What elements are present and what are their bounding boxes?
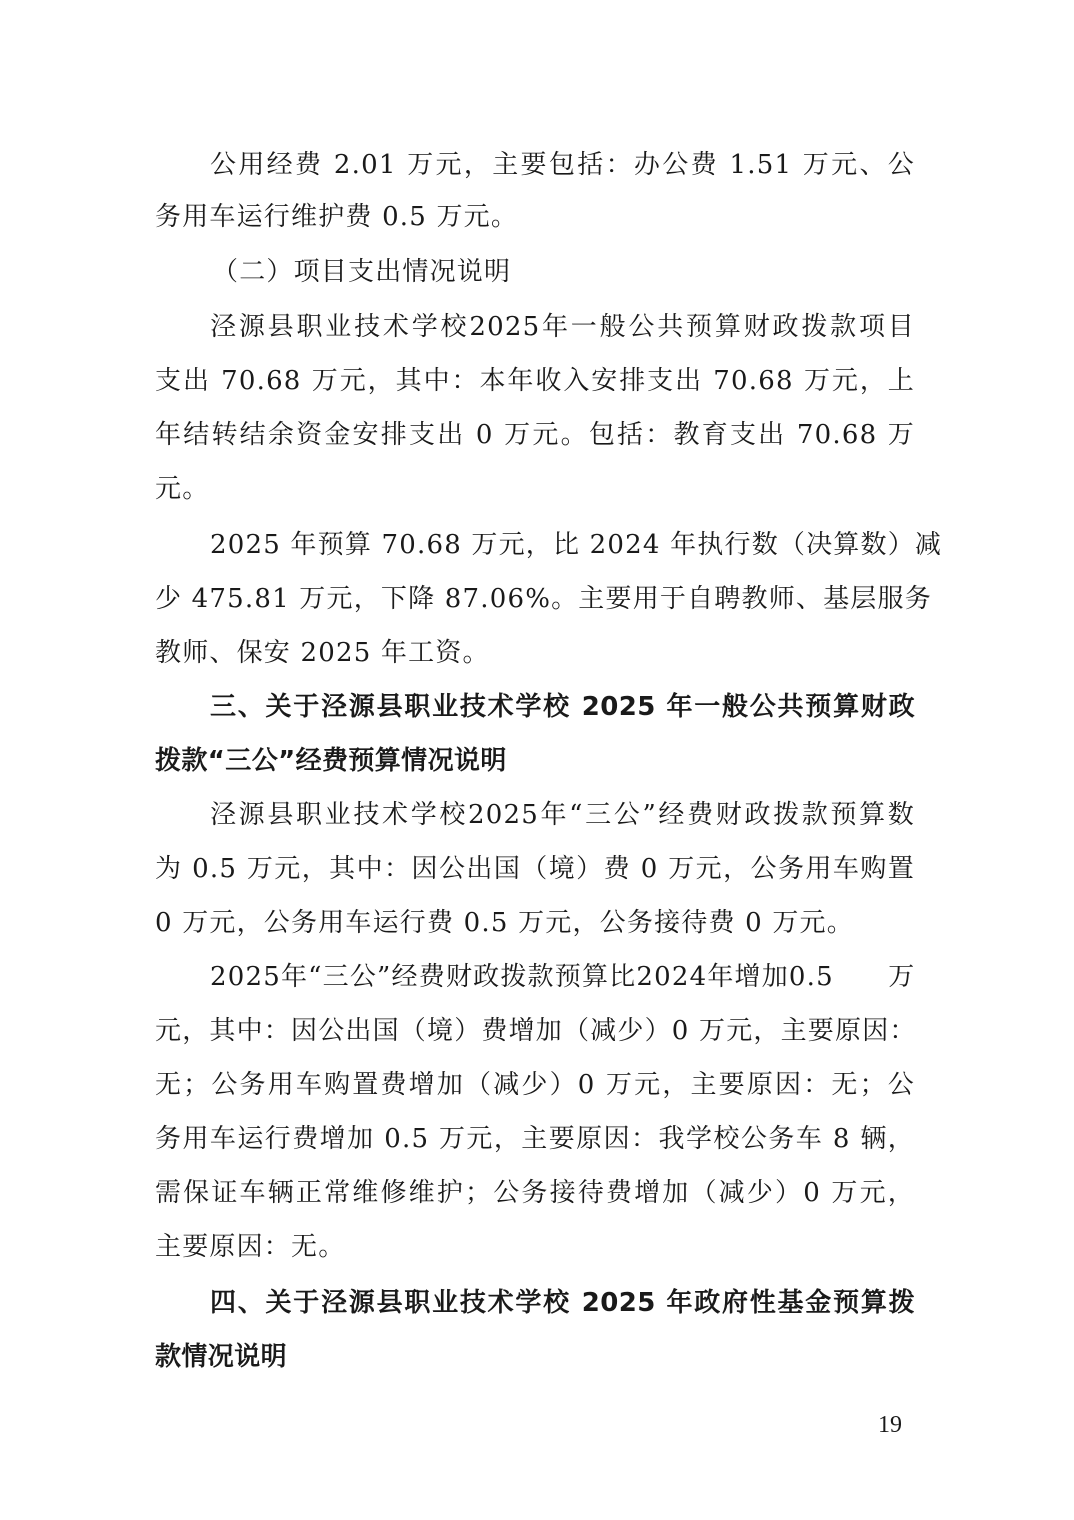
- paragraph-line: 支出 70.68 万元，其中：本年收入安排支出 70.68 万元，上: [155, 366, 915, 396]
- paragraph-line: 泾源县职业技术学校2025年“三公”经费财政拨款预算数: [210, 800, 915, 830]
- paragraph-line: 少 475.81 万元，下降 87.06%。主要用于自聘教师、基层服务: [155, 584, 915, 614]
- paragraph-line: 年结转结余资金安排支出 0 万元。包括：教育支出 70.68 万: [155, 420, 915, 450]
- paragraph-line: 无；公务用车购置费增加（减少）0 万元，主要原因：无；公: [155, 1070, 915, 1100]
- paragraph-line: 2025 年预算 70.68 万元，比 2024 年执行数（决算数）减: [210, 530, 915, 560]
- paragraph-line: 为 0.5 万元，其中：因公出国（境）费 0 万元，公务用车购置: [155, 854, 915, 884]
- subsection-title: （二）项目支出情况说明: [212, 257, 972, 287]
- section-heading: 三、关于泾源县职业技术学校 2025 年一般公共预算财政: [210, 692, 915, 722]
- paragraph-line: 务用车运行维护费 0.5 万元。: [155, 202, 915, 232]
- paragraph-line: 公用经费 2.01 万元，主要包括：办公费 1.51 万元、公: [210, 150, 915, 180]
- paragraph-line: 元。: [155, 474, 915, 504]
- paragraph-line: 泾源县职业技术学校2025年一般公共预算财政拨款项目: [210, 312, 915, 342]
- page-number: 19: [878, 1412, 902, 1439]
- paragraph-line: 需保证车辆正常维修维护；公务接待费增加（减少）0 万元，: [155, 1178, 915, 1208]
- paragraph-line: 教师、保安 2025 年工资。: [155, 638, 915, 668]
- paragraph-line: 元，其中：因公出国（境）费增加（减少）0 万元，主要原因：: [155, 1016, 915, 1046]
- section-heading: 四、关于泾源县职业技术学校 2025 年政府性基金预算拨: [210, 1288, 915, 1318]
- paragraph-line: 2025年“三公”经费财政拨款预算比2024年增加0.5 万: [210, 962, 915, 992]
- section-heading: 拨款“三公”经费预算情况说明: [155, 746, 915, 776]
- paragraph-line: 0 万元，公务用车运行费 0.5 万元，公务接待费 0 万元。: [155, 908, 915, 938]
- section-heading: 款情况说明: [155, 1342, 915, 1372]
- document-page: 公用经费 2.01 万元，主要包括：办公费 1.51 万元、公 务用车运行维护费…: [0, 0, 1074, 1520]
- paragraph-line: 主要原因：无。: [155, 1232, 915, 1262]
- paragraph-line: 务用车运行费增加 0.5 万元，主要原因：我学校公务车 8 辆，: [155, 1124, 915, 1154]
